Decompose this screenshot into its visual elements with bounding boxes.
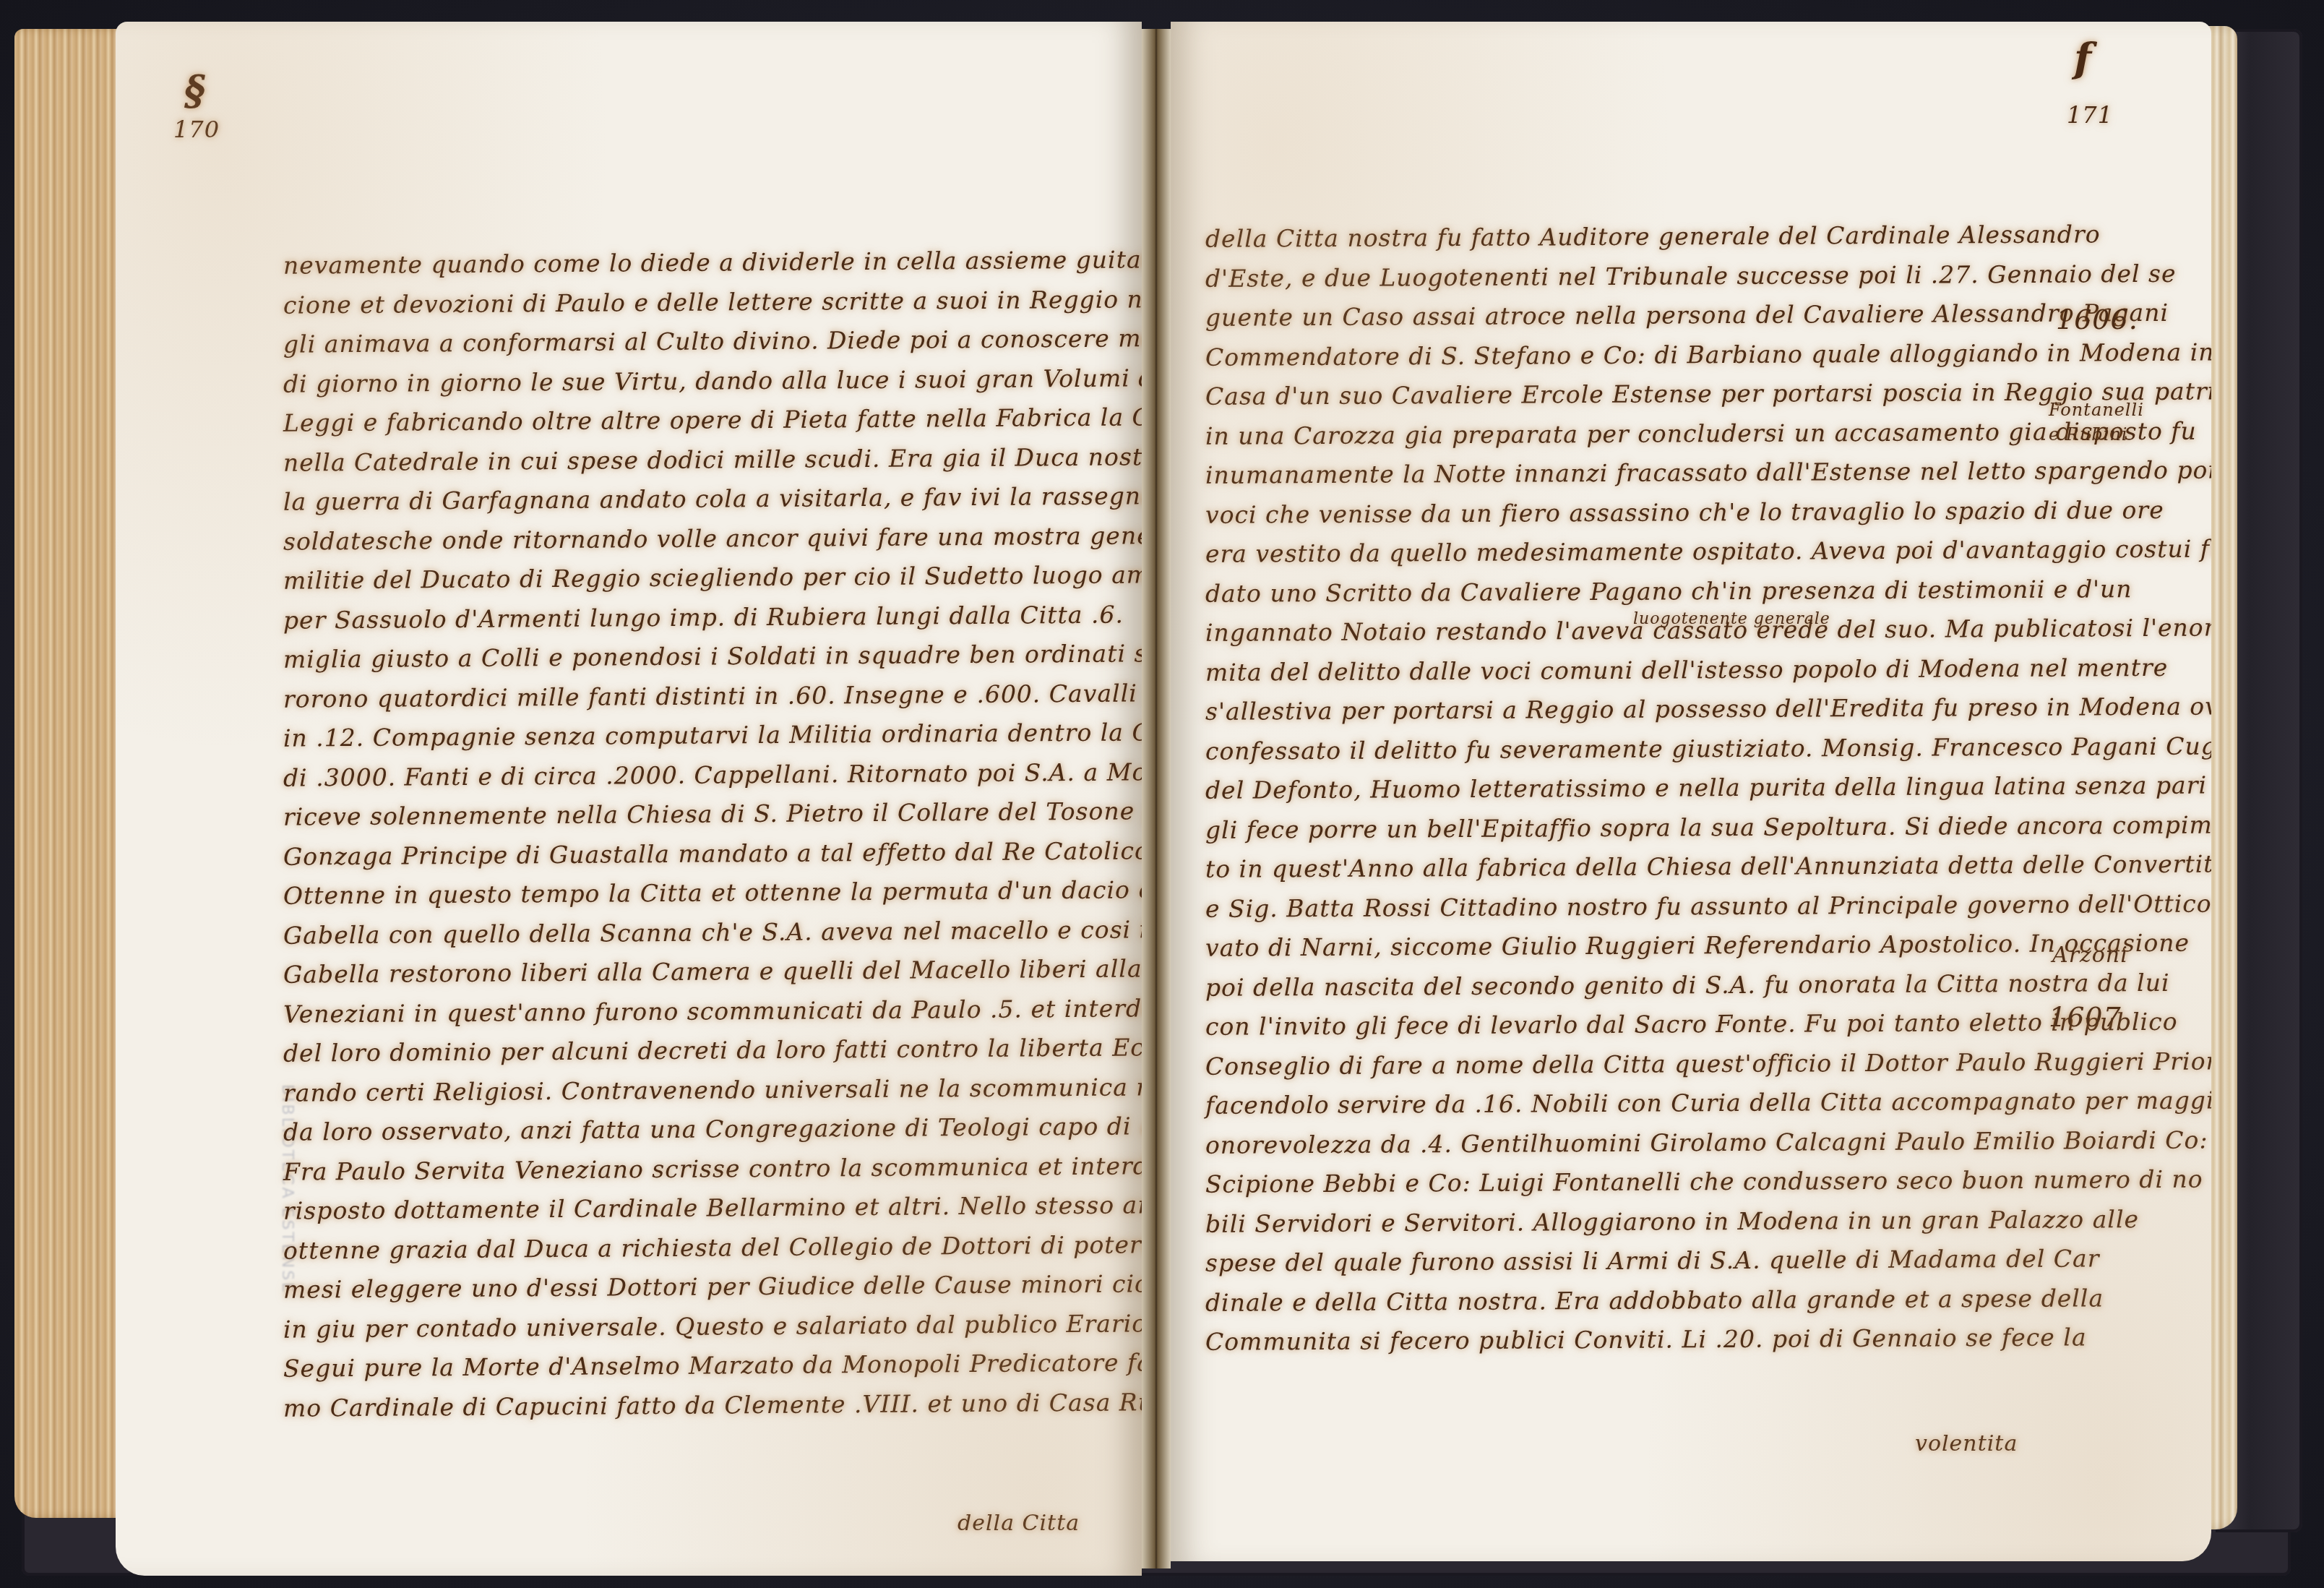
text-line: risposto dottamente il Cardinale Bellarm… [283, 1183, 1142, 1231]
text-line: Gonzaga Principe di Guastalla mandato a … [283, 829, 1142, 877]
text-line: gli animava a conformarsi al Culto divin… [283, 317, 1142, 364]
text-line: Scipione Bebbi e Co: Luigi Fontanelli ch… [1205, 1159, 2211, 1204]
text-line: spese del quale furono assisi li Armi di… [1205, 1238, 2211, 1283]
left-folio-mark: § [184, 66, 206, 114]
text-line: Communita si fecero publici Conviti. Li … [1205, 1317, 2211, 1362]
text-line: del Defonto, Huomo letteratissimo e nell… [1205, 765, 2211, 810]
text-line: del loro dominio per alcuni decreti da l… [283, 1026, 1142, 1073]
marginal-note-names: Fontanelli e Rubini [2049, 398, 2143, 447]
text-line: Gabella restorono liberi alla Camera e q… [283, 947, 1142, 995]
text-line: soldatesche onde ritornando volle ancor … [283, 514, 1142, 562]
text-line: Ottenne in questo tempo la Citta et otte… [283, 868, 1142, 916]
text-line: Segui pure la Morte d'Anselmo Marzato da… [283, 1341, 1142, 1389]
text-line: mita del delitto dalle voci comuni dell'… [1205, 648, 2211, 692]
text-line: Leggi e fabricando oltre altre opere di … [283, 395, 1142, 443]
interlinear-insertion: luogotenente generale [1633, 607, 1830, 632]
text-line: e Sig. Batta Rossi Cittadino nostro fu a… [1205, 884, 2211, 929]
text-line: riceve solennemente nella Chiesa di S. P… [283, 789, 1142, 837]
manuscript-photo: · · · · · · · § 170 BIBLIOTECA ESTENSE n… [0, 0, 2324, 1588]
right-page-number: 171 [2067, 101, 2113, 129]
text-line: mo Cardinale di Capucini fatto da Clemen… [283, 1381, 1142, 1428]
text-line: miglia giusto a Colli e ponendosi i Sold… [283, 632, 1142, 679]
text-line: bili Servidori e Servitori. Alloggiarono… [1205, 1199, 2211, 1244]
left-page: § 170 BIBLIOTECA ESTENSE nevamente quand… [116, 22, 1142, 1576]
left-catchword: della Citta [957, 1511, 1080, 1536]
text-line: dinale e della Citta nostra. Era addobba… [1205, 1278, 2211, 1323]
marginal-year-1606: 1606. [2056, 307, 2138, 332]
text-line: s'allestiva per portarsi a Reggio al pos… [1205, 687, 2211, 731]
right-catchword: volentita [1915, 1431, 2018, 1456]
text-line: di .3000. Fanti e di circa .2000. Cappel… [283, 750, 1142, 798]
marginal-year-1607: 1607 [2049, 1005, 2122, 1029]
text-line: era vestito da quello medesimamente ospi… [1205, 529, 2211, 574]
text-line: facendolo servire da .16. Nobili con Cur… [1205, 1081, 2211, 1125]
text-line: in giu per contado universale. Questo e … [283, 1302, 1142, 1349]
text-line: in .12. Compagnie senza computarvi la Mi… [283, 711, 1142, 758]
text-line: inumanamente la Notte innanzi fracassato… [1205, 450, 2211, 495]
text-line: la guerra di Garfagnana andato cola a vi… [283, 474, 1142, 522]
text-line: Veneziani in quest'anno furono scommunic… [283, 987, 1142, 1034]
text-line: onorevolezza da .4. Gentilhuomini Girola… [1205, 1120, 2211, 1165]
left-page-stack [14, 29, 130, 1518]
marginal-note-arzoni: Arzoni [2052, 943, 2128, 968]
text-line: mesi eleggere uno d'essi Dottori per Giu… [283, 1262, 1142, 1310]
text-line: confessato il delitto fu severamente giu… [1205, 726, 2211, 771]
text-line: cione et devozioni di Paulo e delle lett… [283, 278, 1142, 325]
text-line: ottenne grazia dal Duca a richiesta del … [283, 1223, 1142, 1271]
text-line: Conseglio di fare a nome della Citta que… [1205, 1042, 2211, 1086]
text-line: d'Este, e due Luogotenenti nel Tribunale… [1205, 254, 2211, 299]
text-line: voci che venisse da un fiero assassino c… [1205, 490, 2211, 535]
right-page: f 171 della Citta nostra fu fatto Audito… [1171, 22, 2211, 1561]
text-line: rando certi Religiosi. Contravenendo uni… [283, 1065, 1142, 1113]
text-line: per Sassuolo d'Armenti lungo imp. di Rub… [283, 593, 1142, 640]
text-line: gli fece porre un bell'Epitaffio sopra l… [1205, 805, 2211, 850]
text-line: di giorno in giorno le sue Virtu, dando … [283, 356, 1142, 404]
text-line: militie del Ducato di Reggio sciegliendo… [283, 553, 1142, 601]
right-folio-mark: f [2074, 35, 2092, 82]
text-line: da loro osservato, anzi fatta una Congre… [283, 1104, 1142, 1152]
text-line: nevamente quando come lo diede a divider… [283, 238, 1142, 286]
text-line: Gabella con quello della Scanna ch'e S.A… [283, 908, 1142, 956]
left-page-text: nevamente quando come lo diede a divider… [283, 238, 1142, 1428]
right-page-text: della Citta nostra fu fatto Auditore gen… [1205, 214, 2211, 1362]
text-line: nella Catedrale in cui spese dodici mill… [283, 435, 1142, 483]
book-gutter [1142, 29, 1171, 1568]
text-line: to in quest'Anno alla fabrica della Chie… [1205, 844, 2211, 889]
text-line: Commendatore di S. Stefano e Co: di Barb… [1205, 332, 2211, 377]
left-page-number: 170 [173, 116, 220, 143]
text-line: rorono quatordici mille fanti distinti i… [283, 671, 1142, 719]
text-line: Fra Paulo Servita Veneziano scrisse cont… [283, 1144, 1142, 1192]
text-line: della Citta nostra fu fatto Auditore gen… [1205, 214, 2211, 259]
